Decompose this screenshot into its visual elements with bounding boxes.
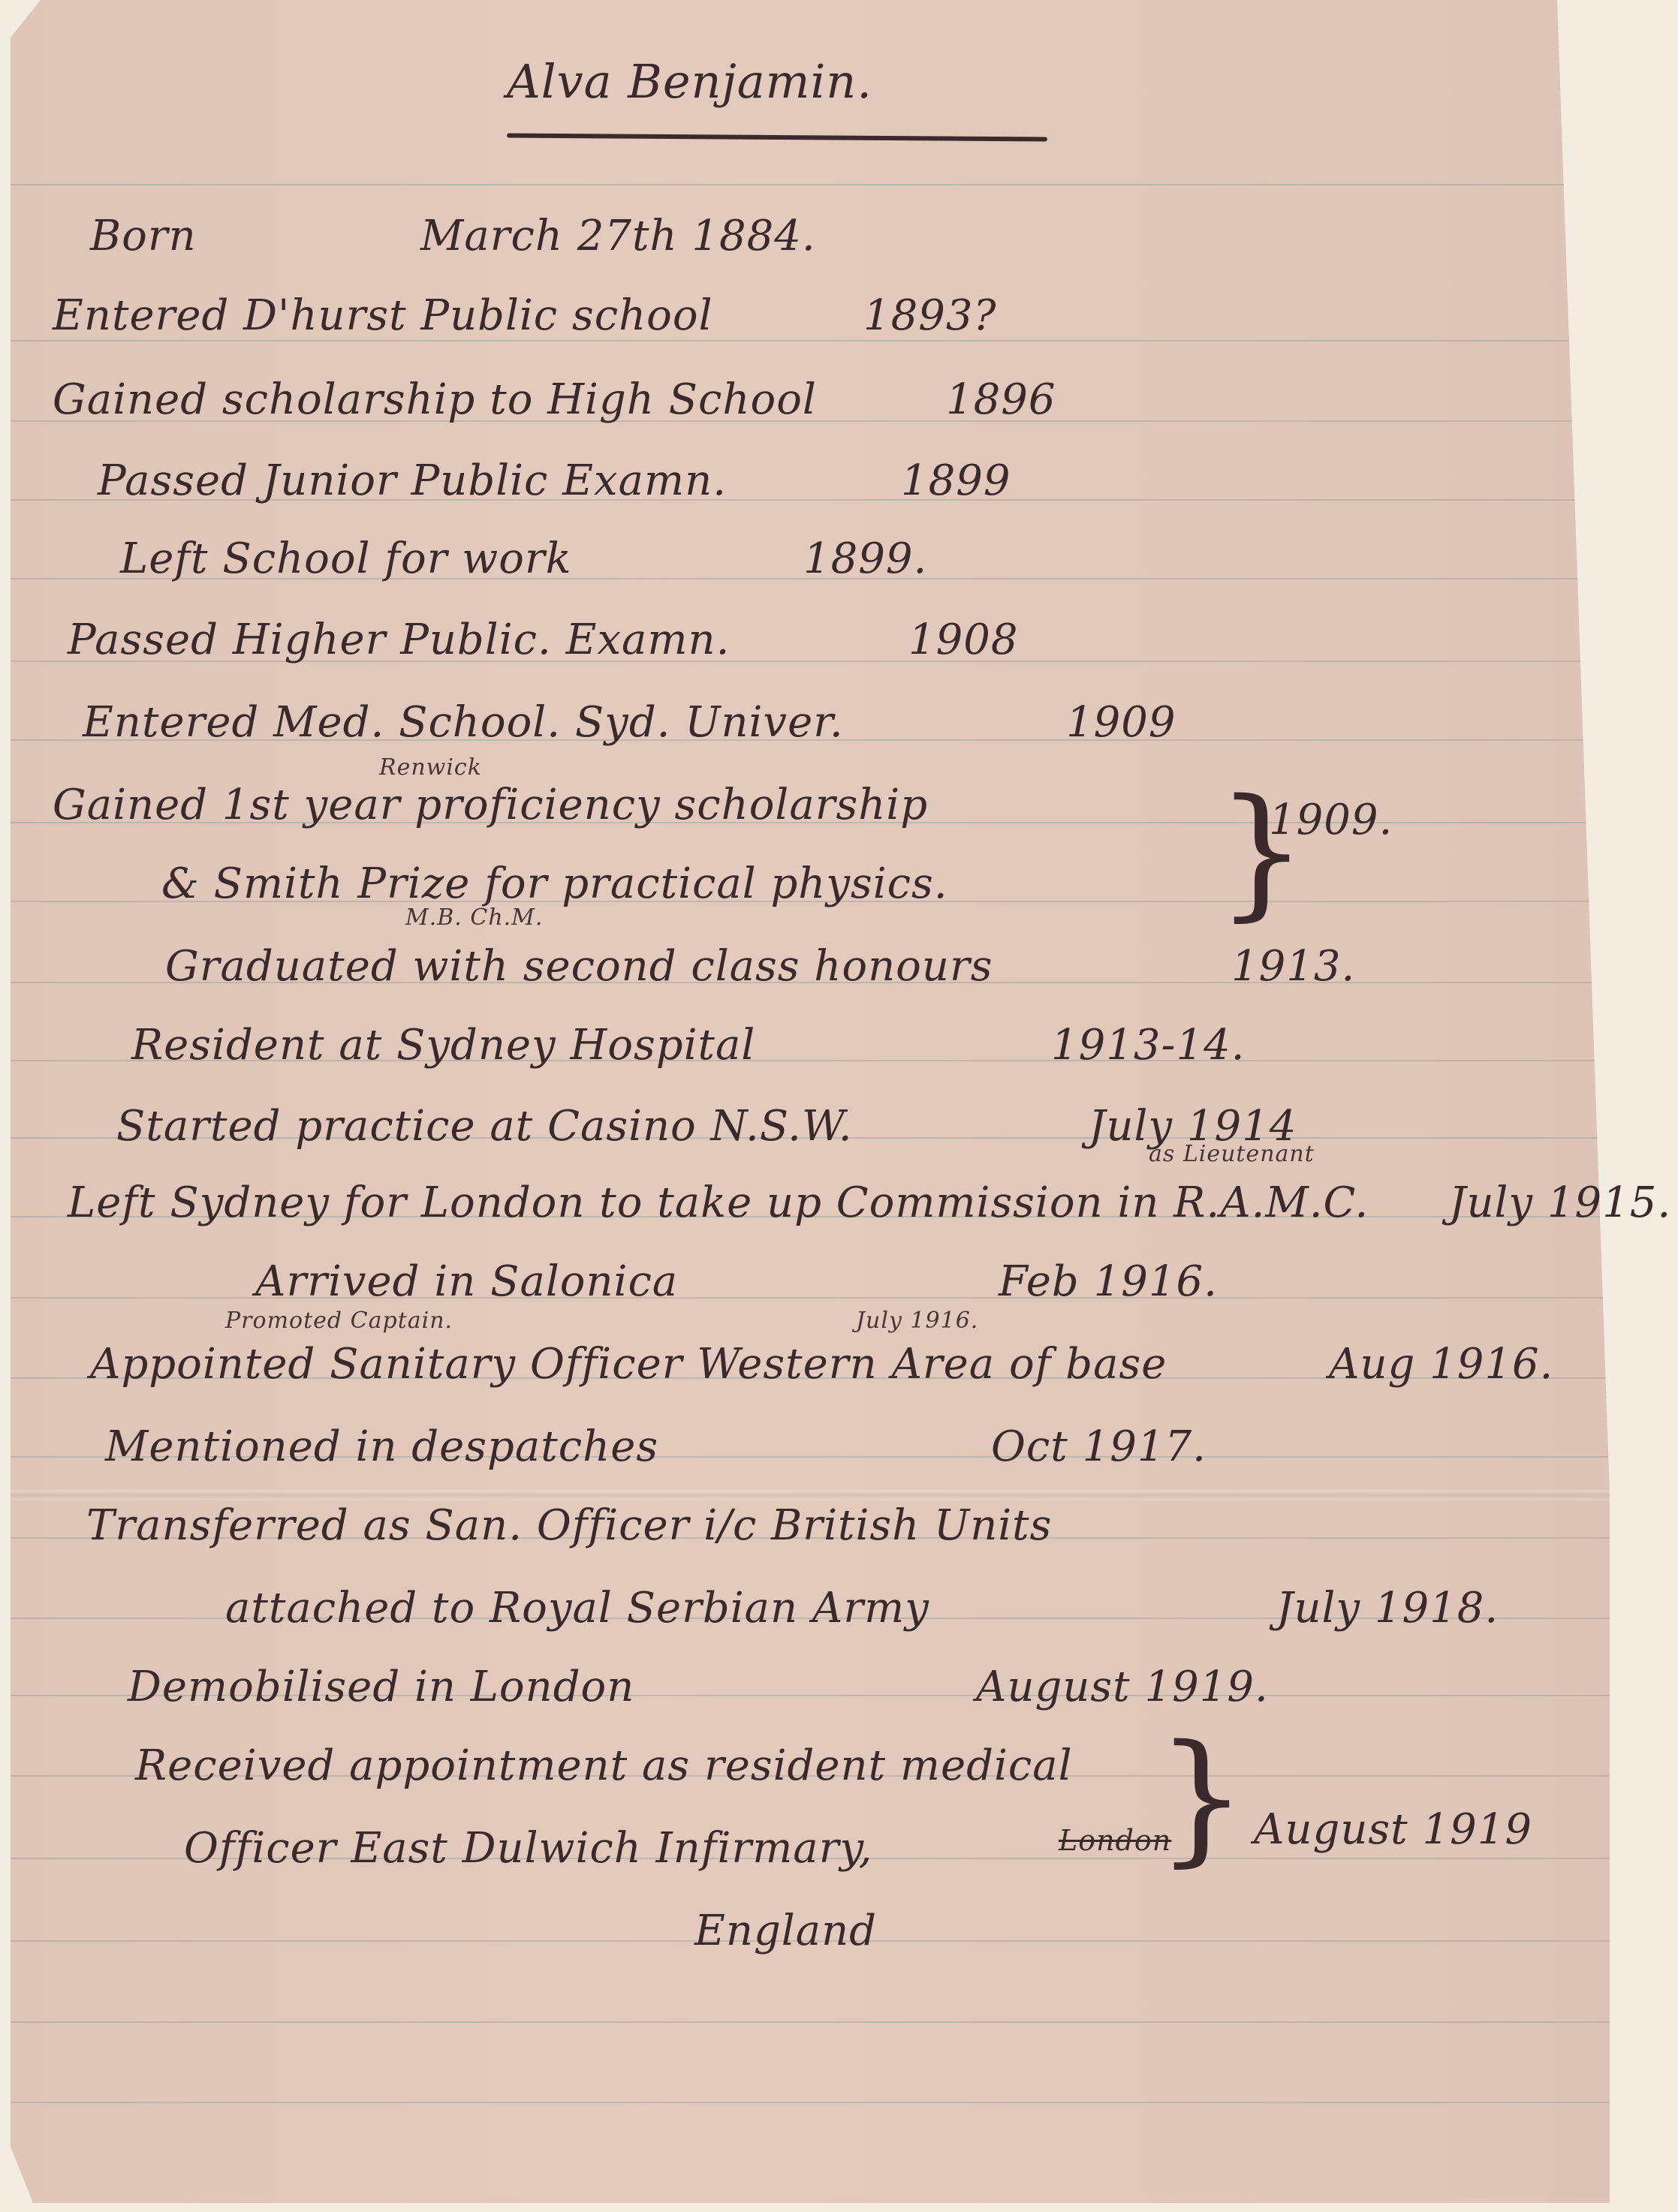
entry-date: July 1918. bbox=[1276, 1584, 1499, 1633]
entry-date: 1913. bbox=[1231, 942, 1355, 991]
entry-date: 1908 bbox=[908, 615, 1019, 664]
entry-date: March 27th 1884. bbox=[420, 212, 816, 260]
entry-text: attached to Royal Serbian Army bbox=[225, 1584, 929, 1633]
entry-text: Appointed Sanitary Officer Western Area … bbox=[90, 1340, 1167, 1389]
entry-text: Arrived in Salonica bbox=[255, 1257, 678, 1306]
entry-text: Gained 1st year proficiency scholarship bbox=[53, 781, 928, 829]
entry-text: Gained scholarship to High School bbox=[53, 375, 817, 424]
entry-date: 1899. bbox=[803, 534, 927, 583]
paper-fold-crease bbox=[11, 1490, 1610, 1500]
ruled-line bbox=[11, 340, 1610, 342]
entry-date: 1893? bbox=[863, 291, 997, 340]
entry-text: Demobilised in London bbox=[128, 1663, 634, 1711]
entry-text: & Smith Prize for practical physics. bbox=[161, 859, 948, 908]
entry-date: 1913-14. bbox=[1051, 1021, 1246, 1070]
entry-date: August 1919 bbox=[1254, 1805, 1532, 1854]
entry-text: Born bbox=[90, 212, 197, 260]
entry-date: Aug 1916. bbox=[1329, 1340, 1553, 1389]
entry-date: 1896 bbox=[946, 375, 1056, 424]
ruled-line bbox=[11, 1297, 1610, 1299]
entry-text: Entered Med. School. Syd. Univer. bbox=[83, 698, 844, 747]
entry-insert: M.B. Ch.M. bbox=[405, 904, 543, 931]
entry-text: England bbox=[694, 1907, 877, 1955]
entry-text: Entered D'hurst Public school bbox=[53, 291, 712, 340]
entry-date: July 1915. bbox=[1449, 1178, 1671, 1227]
entry-text: Promoted Captain. bbox=[225, 1308, 453, 1334]
entry-text: Received appointment as resident medical bbox=[135, 1741, 1073, 1790]
entry-date: 1909. bbox=[1269, 796, 1393, 844]
entry-text: Graduated with second class honours bbox=[165, 942, 993, 991]
entry-date: July 1916. bbox=[856, 1308, 978, 1334]
ruled-line bbox=[11, 184, 1610, 185]
entry-text: Passed Junior Public Examn. bbox=[98, 456, 727, 505]
entry-text: Officer East Dulwich Infirmary, bbox=[184, 1824, 872, 1873]
document-title: Alva Benjamin. bbox=[507, 54, 872, 109]
struck-word: London bbox=[1059, 1824, 1171, 1857]
entry-date: Oct 1917. bbox=[991, 1422, 1207, 1471]
entry-text: Mentioned in despatches bbox=[105, 1422, 658, 1471]
entry-text: Passed Higher Public. Examn. bbox=[68, 615, 730, 664]
entry-text: Resident at Sydney Hospital bbox=[131, 1021, 755, 1070]
entry-text: Left School for work bbox=[120, 534, 572, 583]
entry-insert: Renwick bbox=[379, 754, 482, 781]
entry-date: 1899 bbox=[901, 456, 1011, 505]
entry-text: Left Sydney for London to take up Commis… bbox=[68, 1178, 1369, 1227]
ruled-line bbox=[11, 2102, 1610, 2103]
entry-date: 1909 bbox=[1066, 698, 1176, 747]
entry-insert: as Lieutenant bbox=[1149, 1141, 1315, 1167]
entry-date: Feb 1916. bbox=[999, 1257, 1218, 1306]
entry-date: August 1919. bbox=[976, 1663, 1269, 1711]
ruled-line bbox=[11, 2021, 1610, 2023]
entry-text: Transferred as San. Officer i/c British … bbox=[86, 1501, 1052, 1550]
entry-text: Started practice at Casino N.S.W. bbox=[116, 1102, 853, 1151]
